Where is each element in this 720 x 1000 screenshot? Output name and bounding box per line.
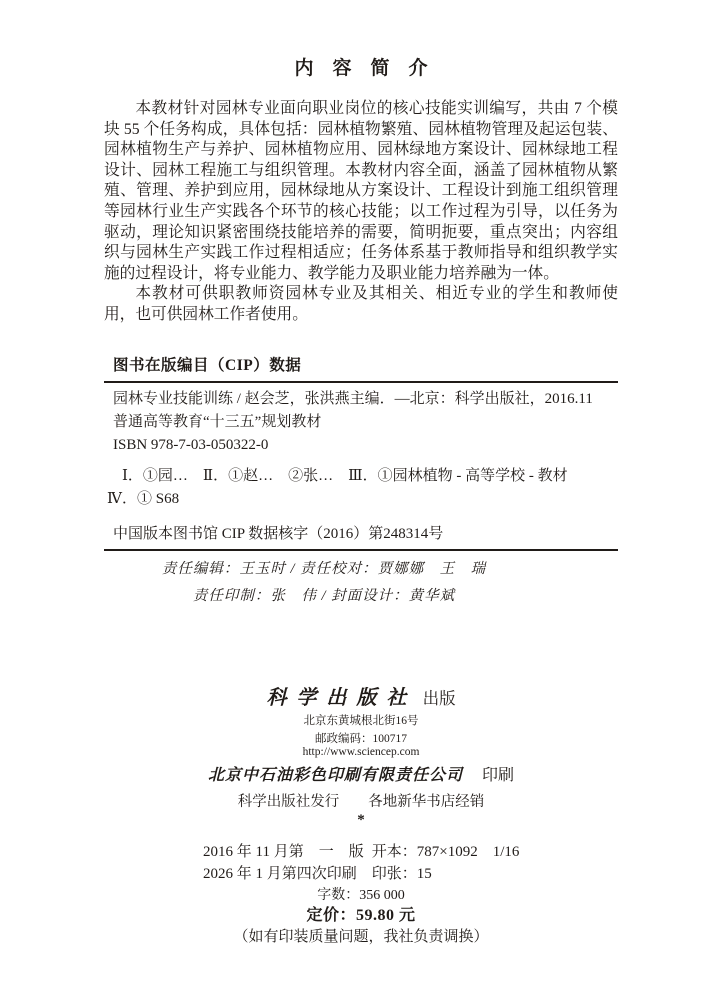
printer-label: 印刷	[482, 767, 514, 784]
quality-exchange-note: （如有印装质量问题，我社负责调换）	[104, 925, 618, 946]
cip-header: 图书在版编目（CIP）数据	[113, 353, 301, 375]
page-title: 内容简介	[104, 53, 618, 80]
cip-title-line: 园林专业技能训练 / 赵会芝，张洪燕主编．—北京：科学出版社，2016.11	[113, 388, 618, 411]
distribution-line: 科学出版社发行 各地新华书店经销	[104, 790, 618, 811]
cip-classification-line-1: Ⅰ．①园… Ⅱ．①赵… ②张… Ⅲ．①园林植物 - 高等学校 - 教材	[113, 465, 618, 488]
intro-section: 本教材针对园林专业面向职业岗位的核心技能实训编写，共由 7 个模块 55 个任务…	[104, 99, 618, 326]
edition-row-2: 2026 年 1 月第四次印刷 印张：15	[203, 863, 519, 885]
cip-record-line: 中国版本图书馆 CIP 数据核字（2016）第248314号	[113, 523, 618, 546]
intro-paragraph-2: 本教材可供职教师资园林专业及其相关、相近专业的学生和教师使用，也可供园林工作者使…	[104, 284, 618, 325]
publish-label: 出版	[423, 689, 456, 708]
format-spec: 开本：787×1092 1/16	[372, 844, 520, 860]
asterisk-separator: *	[104, 812, 618, 829]
sheet-count: 印张：15	[372, 866, 432, 882]
publisher-address: 北京东黄城根北街16号	[104, 712, 618, 728]
cip-isbn-line: ISBN 978-7-03-050322-0	[113, 434, 618, 457]
publisher-postcode: 邮政编码：100717	[104, 730, 618, 746]
cip-top-rule	[104, 381, 618, 383]
book-copyright-page: 内容简介 本教材针对园林专业面向职业岗位的核心技能实训编写，共由 7 个模块 5…	[0, 0, 720, 1000]
printer-company-name: 北京中石油彩色印刷有限责任公司	[208, 767, 463, 784]
publisher-website: http://www.sciencep.com	[104, 746, 618, 758]
credits-line-editors: 责任编辑：王玉时 / 责任校对：贾娜娜 王 瑞	[104, 556, 544, 583]
printer-line: 北京中石油彩色印刷有限责任公司 印刷	[104, 762, 618, 785]
edition-info-block: 2016 年 11 月第 一 版 开本：787×1092 1/16 2026 年…	[203, 841, 519, 885]
cip-series-line: 普通高等教育“十三五”规划教材	[113, 411, 618, 434]
cip-classification-line-2: Ⅳ．① S68	[107, 488, 618, 511]
cip-data-block: 园林专业技能训练 / 赵会芝，张洪燕主编．—北京：科学出版社，2016.11 普…	[113, 388, 618, 546]
intro-paragraph-1: 本教材针对园林专业面向职业岗位的核心技能实训编写，共由 7 个模块 55 个任务…	[104, 99, 618, 284]
edition-row-1: 2016 年 11 月第 一 版 开本：787×1092 1/16	[203, 841, 519, 863]
science-press-logo: 科学出版社	[266, 687, 416, 709]
word-count: 字数：356 000	[104, 884, 618, 904]
staff-credits: 责任编辑：王玉时 / 责任校对：贾娜娜 王 瑞 责任印制：张 伟 / 封面设计：…	[104, 556, 544, 610]
credits-line-print-design: 责任印制：张 伟 / 封面设计：黄华斌	[104, 583, 544, 610]
printing-date: 2026 年 1 月第四次印刷	[203, 863, 368, 885]
cip-bottom-rule	[104, 549, 618, 551]
edition-date: 2016 年 11 月第 一 版	[203, 841, 368, 863]
price-line: 定价：59.80 元	[104, 902, 618, 925]
publisher-line: 科学出版社 出版	[104, 681, 618, 710]
